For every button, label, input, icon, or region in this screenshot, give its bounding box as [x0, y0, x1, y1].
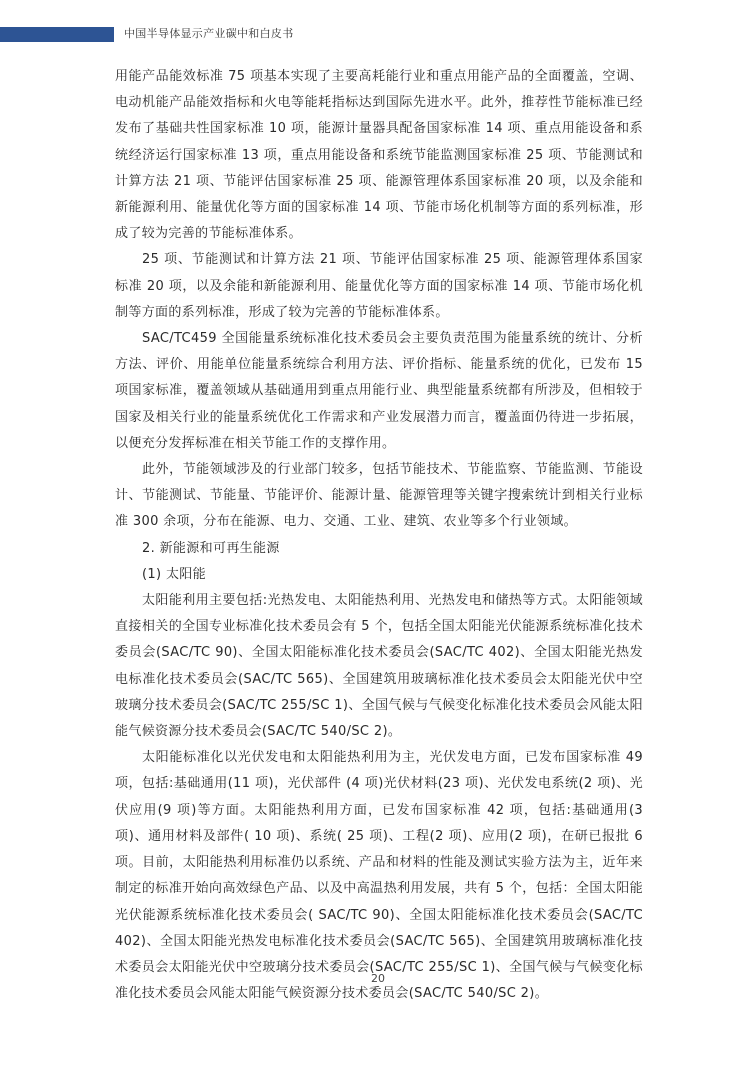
section-heading-new-energy: 2. 新能源和可再生能源	[115, 536, 643, 562]
subsection-heading-solar: (1) 太阳能	[115, 562, 643, 588]
paragraph-energy-efficiency-standards: 用能产品能效标准 75 项基本实现了主要高耗能行业和重点用能产品的全面覆盖，空调…	[115, 64, 643, 247]
body-text: 用能产品能效标准 75 项基本实现了主要高耗能行业和重点用能产品的全面覆盖，空调…	[115, 64, 643, 1007]
header-accent-bar	[0, 27, 114, 42]
paragraph-standard-system-repeat: 25 项、节能测试和计算方法 21 项、节能评估国家标准 25 项、能源管理体系…	[115, 247, 643, 326]
document-running-title: 中国半导体显示产业碳中和白皮书	[124, 26, 294, 42]
paragraph-sac-tc459: SAC/TC459 全国能量系统标准化技术委员会主要负责范围为能量系统的统计、分…	[115, 326, 643, 457]
paragraph-solar-standardization: 太阳能标准化以光伏发电和太阳能热利用为主，光伏发电方面，已发布国家标准 49 项…	[115, 745, 643, 1007]
paragraph-solar-utilization: 太阳能利用主要包括:光热发电、太阳能热利用、光热发电和储热等方式。太阳能领域直接…	[115, 588, 643, 745]
page-number: 20	[0, 972, 756, 985]
paragraph-industry-standards: 此外，节能领域涉及的行业部门较多，包括节能技术、节能监察、节能监测、节能设计、节…	[115, 457, 643, 536]
